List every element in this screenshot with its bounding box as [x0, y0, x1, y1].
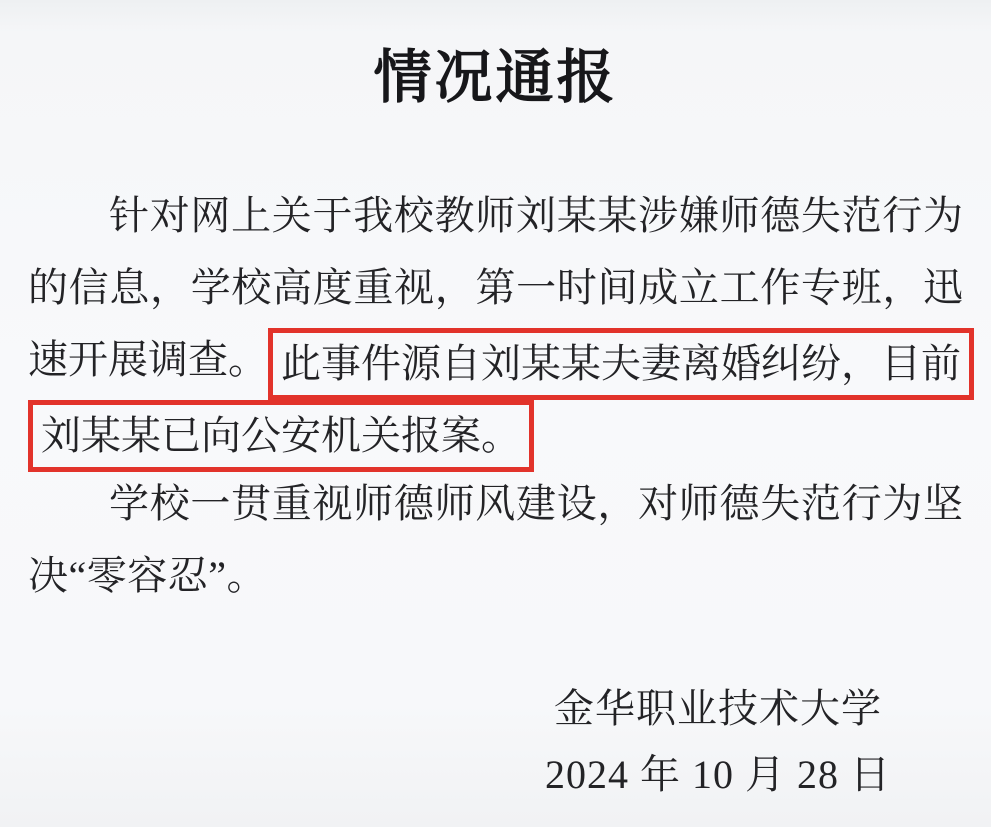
notice-document: 情况通报 针对网上关于我校教师刘某某涉嫌师德失范行为 的信息，学校高度重视，第一…: [0, 0, 991, 827]
body-line-4: 刘某某已向公安机关报案。: [28, 396, 963, 468]
signature-organization: 金华职业技术大学: [545, 676, 891, 742]
body-line-3: 速开展调查。此事件源自刘某某夫妻离婚纠纷，目前: [28, 324, 963, 396]
notice-title: 情况通报: [0, 30, 991, 114]
body-line-6: 决“零容忍”。: [28, 540, 963, 612]
body-line-2: 的信息，学校高度重视，第一时间成立工作专班，迅: [28, 252, 963, 324]
highlight-box-2: 刘某某已向公安机关报案。: [28, 400, 534, 472]
notice-body: 针对网上关于我校教师刘某某涉嫌师德失范行为 的信息，学校高度重视，第一时间成立工…: [28, 180, 963, 612]
signature-block: 金华职业技术大学 2024 年 10 月 28 日: [545, 676, 891, 808]
body-line-5: 学校一贯重视师德师风建设，对师德失范行为坚: [28, 468, 963, 540]
highlight-box-1: 此事件源自刘某某夫妻离婚纠纷，目前: [268, 328, 974, 400]
body-line-3-prefix: 速开展调查。: [28, 337, 268, 382]
body-line-1: 针对网上关于我校教师刘某某涉嫌师德失范行为: [28, 180, 963, 252]
signature-date: 2024 年 10 月 28 日: [545, 742, 891, 808]
